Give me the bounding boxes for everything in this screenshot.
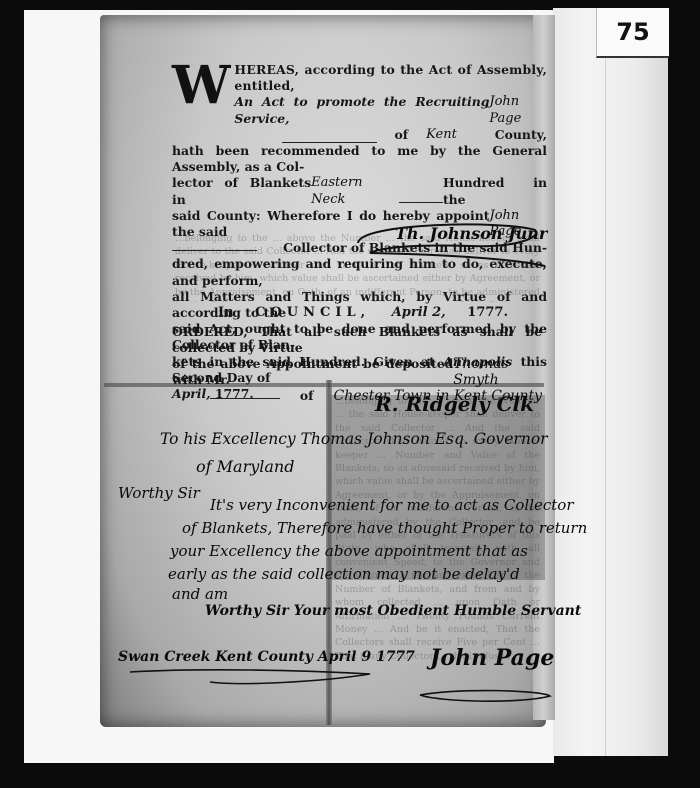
form-line: of Kent County, xyxy=(172,127,547,143)
letter-body-line: early as the said collection may not be … xyxy=(168,565,520,583)
letter-body-line: your Excellency the above appointment th… xyxy=(170,542,528,560)
handwritten-name: John Page xyxy=(489,94,547,126)
clerk-signature: R. Ridgely Clk xyxy=(375,392,534,416)
handwritten-name: Thomas Smyth xyxy=(453,356,542,388)
drop-cap: W xyxy=(172,64,230,108)
microfilm-side-strip xyxy=(553,8,668,756)
handwritten-hundred: Eastern Neck xyxy=(311,175,399,207)
council-heading: In COUNCIL, April 2, 1777. xyxy=(218,305,508,320)
blank-line xyxy=(172,240,257,251)
letter-body-line: It's very Inconvenient for me to act as … xyxy=(210,496,574,514)
signature-flourish-icon xyxy=(120,660,560,710)
handwritten-county: Kent xyxy=(426,127,457,143)
blank-line xyxy=(282,127,377,143)
letter-closing: Worthy Sir Your most Obedient Humble Ser… xyxy=(205,603,581,619)
letter-address-line: of Maryland xyxy=(196,457,294,476)
letter-body-line: of Blankets, Therefore have thought Prop… xyxy=(182,519,587,537)
signature-flourish-icon xyxy=(350,218,550,268)
form-line: lector of Blankets in Eastern Neck Hundr… xyxy=(172,175,547,207)
letter-salutation: Worthy Sir xyxy=(118,484,200,502)
page-number-label: 75 xyxy=(596,8,669,58)
blank-line xyxy=(210,388,280,399)
form-line: hath been recommended to me by the Gener… xyxy=(172,143,547,175)
blank-line xyxy=(399,175,443,202)
letter-address-line: To his Excellency Thomas Johnson Esq. Go… xyxy=(160,430,548,448)
letter-body-line: and am xyxy=(172,585,228,603)
form-line: An Act to promote the Recruiting Service… xyxy=(234,94,547,126)
